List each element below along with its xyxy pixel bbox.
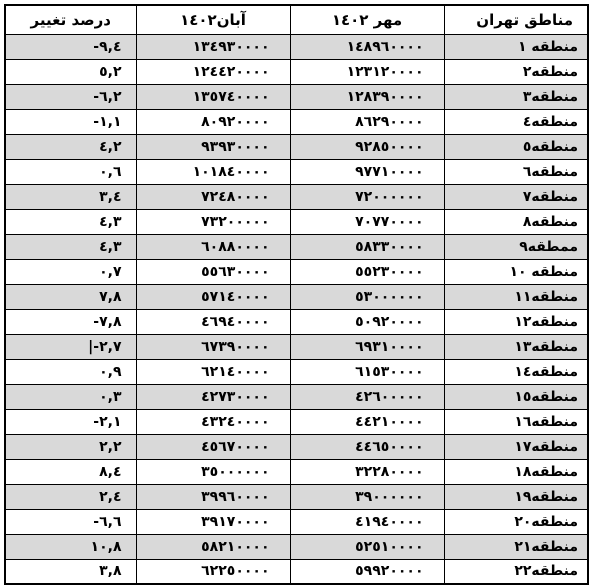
region-cell: منطقه٤ — [444, 109, 588, 134]
region-cell: منطقه ١٠ — [444, 259, 588, 284]
table-row: منطقه٢٠ ٤١٩٤٠٠٠٠ ٣٩١٧٠٠٠٠ -٦,٦ — [5, 509, 588, 534]
aban-price-cell: ٥٥٦٣٠٠٠٠ — [136, 259, 290, 284]
aban-price-cell: ٧٣٢٠٠٠٠٠ — [136, 209, 290, 234]
mehr-price-cell: ٣٢٢٨٠٠٠٠ — [290, 459, 444, 484]
percent-change-cell: -٩,٤ — [5, 34, 136, 59]
aban-price-cell: ٦٢١٤٠٠٠٠ — [136, 359, 290, 384]
region-cell: منطقه٦ — [444, 159, 588, 184]
aban-price-cell: ٣٥٠٠٠٠٠٠ — [136, 459, 290, 484]
percent-change-cell: -٦,٦ — [5, 509, 136, 534]
region-cell: منطقه١٦ — [444, 409, 588, 434]
column-header-aban-1402: آبان١٤٠٢ — [136, 5, 290, 34]
aban-price-cell: ٤٣٢٤٠٠٠٠ — [136, 409, 290, 434]
table-row: منطقه١٩ ٣٩٠٠٠٠٠٠ ٣٩٩٦٠٠٠٠ ٢,٤ — [5, 484, 588, 509]
region-cell: منطقه ١ — [444, 34, 588, 59]
mehr-price-cell: ٥٥٢٣٠٠٠٠ — [290, 259, 444, 284]
mehr-price-cell: ٤١٩٤٠٠٠٠ — [290, 509, 444, 534]
mehr-price-cell: ٩٢٨٥٠٠٠٠ — [290, 134, 444, 159]
mehr-price-cell: ١٢٨٣٩٠٠٠٠ — [290, 84, 444, 109]
table-row: منطقه١٦ ٤٤٢١٠٠٠٠ ٤٣٢٤٠٠٠٠ -٢,١ — [5, 409, 588, 434]
table-row: منطقه ١٠ ٥٥٢٣٠٠٠٠ ٥٥٦٣٠٠٠٠ ٠,٧ — [5, 259, 588, 284]
table-row: منطقه١٢ ٥٠٩٢٠٠٠٠ ٤٦٩٤٠٠٠٠ -٧,٨ — [5, 309, 588, 334]
aban-price-cell: ٨٠٩٢٠٠٠٠ — [136, 109, 290, 134]
column-header-regions: مناطق تهران — [444, 5, 588, 34]
aban-price-cell: ١٠١٨٤٠٠٠٠ — [136, 159, 290, 184]
table-row: منطقه٦ ٩٧٧١٠٠٠٠ ١٠١٨٤٠٠٠٠ ٠,٦ — [5, 159, 588, 184]
column-header-mehr-1402: مهر ١٤٠٢ — [290, 5, 444, 34]
mehr-price-cell: ٧٠٧٧٠٠٠٠ — [290, 209, 444, 234]
region-cell: منطقه١٣ — [444, 334, 588, 359]
percent-change-cell: ٠,٦ — [5, 159, 136, 184]
table-row: ممطقه٩ ٥٨٣٣٠٠٠٠ ٦٠٨٨٠٠٠٠ ٤,٣ — [5, 234, 588, 259]
region-cell: منطقه٧ — [444, 184, 588, 209]
mehr-price-cell: ٥٩٩٢٠٠٠٠ — [290, 559, 444, 584]
percent-change-cell: ٠,٧ — [5, 259, 136, 284]
percent-change-cell: ٨,٤ — [5, 459, 136, 484]
mehr-price-cell: ٤٤٢١٠٠٠٠ — [290, 409, 444, 434]
aban-price-cell: ٤٦٩٤٠٠٠٠ — [136, 309, 290, 334]
mehr-price-cell: ٥٨٣٣٠٠٠٠ — [290, 234, 444, 259]
aban-price-cell: ١٣٤٩٣٠٠٠٠ — [136, 34, 290, 59]
table-row: منطقه١١ ٥٣٠٠٠٠٠٠ ٥٧١٤٠٠٠٠ ٧,٨ — [5, 284, 588, 309]
percent-change-cell: ٤,٢ — [5, 134, 136, 159]
table-row: منطقه ١ ١٤٨٩٦٠٠٠٠ ١٣٤٩٣٠٠٠٠ -٩,٤ — [5, 34, 588, 59]
mehr-price-cell: ٦١٥٣٠٠٠٠ — [290, 359, 444, 384]
tehran-districts-price-table: مناطق تهران مهر ١٤٠٢ آبان١٤٠٢ درصد تغییر… — [4, 4, 589, 585]
percent-change-cell: ٤,٣ — [5, 209, 136, 234]
percent-change-cell: ٠,٩ — [5, 359, 136, 384]
aban-price-cell: ٩٣٩٣٠٠٠٠ — [136, 134, 290, 159]
aban-price-cell: ٤٥٦٧٠٠٠٠ — [136, 434, 290, 459]
mehr-price-cell: ٩٧٧١٠٠٠٠ — [290, 159, 444, 184]
header-row: مناطق تهران مهر ١٤٠٢ آبان١٤٠٢ درصد تغییر — [5, 5, 588, 34]
table-row: منطقه٢٢ ٥٩٩٢٠٠٠٠ ٦٢٢٥٠٠٠٠ ٣,٨ — [5, 559, 588, 584]
aban-price-cell: ٧٢٤٨٠٠٠٠ — [136, 184, 290, 209]
aban-price-cell: ١٢٤٤٢٠٠٠٠ — [136, 59, 290, 84]
mehr-price-cell: ٥٢٥١٠٠٠٠ — [290, 534, 444, 559]
percent-change-cell: ٧,٨ — [5, 284, 136, 309]
percent-change-cell: ٢,٤ — [5, 484, 136, 509]
percent-change-cell: ١٠,٨ — [5, 534, 136, 559]
region-cell: منطقه٣ — [444, 84, 588, 109]
mehr-price-cell: ٥٠٩٢٠٠٠٠ — [290, 309, 444, 334]
table-row: منطقه٥ ٩٢٨٥٠٠٠٠ ٩٣٩٣٠٠٠٠ ٤,٢ — [5, 134, 588, 159]
region-cell: منطقه٢ — [444, 59, 588, 84]
table-row: منطقه٢١ ٥٢٥١٠٠٠٠ ٥٨٢١٠٠٠٠ ١٠,٨ — [5, 534, 588, 559]
mehr-price-cell: ٦٩٣١٠٠٠٠ — [290, 334, 444, 359]
region-cell: منطقه١٨ — [444, 459, 588, 484]
column-header-percent-change: درصد تغییر — [5, 5, 136, 34]
region-cell: منطقه٢١ — [444, 534, 588, 559]
aban-price-cell: ٦٢٢٥٠٠٠٠ — [136, 559, 290, 584]
aban-price-cell: ٣٩٩٦٠٠٠٠ — [136, 484, 290, 509]
table-row: منطقه١٥ ٤٢٦٠٠٠٠٠ ٤٢٧٣٠٠٠٠ ٠,٣ — [5, 384, 588, 409]
table-row: منطقه٨ ٧٠٧٧٠٠٠٠ ٧٣٢٠٠٠٠٠ ٤,٣ — [5, 209, 588, 234]
percent-change-cell: |-٢,٧ — [5, 334, 136, 359]
aban-price-cell: ٦٠٨٨٠٠٠٠ — [136, 234, 290, 259]
percent-change-cell: -٧,٨ — [5, 309, 136, 334]
table-row: منطقه٣ ١٢٨٣٩٠٠٠٠ ١٣٥٧٤٠٠٠٠ -٦,٢ — [5, 84, 588, 109]
percent-change-cell: -٢,١ — [5, 409, 136, 434]
region-cell: منطقه١٧ — [444, 434, 588, 459]
table-row: منطقه١٧ ٤٤٦٥٠٠٠٠ ٤٥٦٧٠٠٠٠ ٢,٢ — [5, 434, 588, 459]
table-row: منطقه٧ ٧٢٠٠٠٠٠٠ ٧٢٤٨٠٠٠٠ ٣,٤ — [5, 184, 588, 209]
table-body: منطقه ١ ١٤٨٩٦٠٠٠٠ ١٣٤٩٣٠٠٠٠ -٩,٤ منطقه٢ … — [5, 34, 588, 584]
page-background: مناطق تهران مهر ١٤٠٢ آبان١٤٠٢ درصد تغییر… — [0, 0, 591, 587]
region-cell: منطقه١٩ — [444, 484, 588, 509]
mehr-price-cell: ٣٩٠٠٠٠٠٠ — [290, 484, 444, 509]
percent-change-cell: ٠,٣ — [5, 384, 136, 409]
mehr-price-cell: ١٢٣١٢٠٠٠٠ — [290, 59, 444, 84]
mehr-price-cell: ٤٢٦٠٠٠٠٠ — [290, 384, 444, 409]
mehr-price-cell: ٨٦٢٩٠٠٠٠ — [290, 109, 444, 134]
percent-change-cell: -٦,٢ — [5, 84, 136, 109]
mehr-price-cell: ١٤٨٩٦٠٠٠٠ — [290, 34, 444, 59]
percent-change-cell: ٤,٣ — [5, 234, 136, 259]
region-cell: منطقه١٢ — [444, 309, 588, 334]
table-row: منطقه٤ ٨٦٢٩٠٠٠٠ ٨٠٩٢٠٠٠٠ -١,١ — [5, 109, 588, 134]
region-cell: منطقه٨ — [444, 209, 588, 234]
region-cell: منطقه١٤ — [444, 359, 588, 384]
percent-change-cell: ٥,٢ — [5, 59, 136, 84]
aban-price-cell: ٥٧١٤٠٠٠٠ — [136, 284, 290, 309]
percent-change-cell: -١,١ — [5, 109, 136, 134]
region-cell: منطقه٢٢ — [444, 559, 588, 584]
mehr-price-cell: ٧٢٠٠٠٠٠٠ — [290, 184, 444, 209]
mehr-price-cell: ٤٤٦٥٠٠٠٠ — [290, 434, 444, 459]
aban-price-cell: ٦٧٣٩٠٠٠٠ — [136, 334, 290, 359]
percent-change-cell: ٣,٨ — [5, 559, 136, 584]
region-cell: منطقه٢٠ — [444, 509, 588, 534]
region-cell: منطقه١١ — [444, 284, 588, 309]
table-row: منطقه١٨ ٣٢٢٨٠٠٠٠ ٣٥٠٠٠٠٠٠ ٨,٤ — [5, 459, 588, 484]
region-cell: منطقه٥ — [444, 134, 588, 159]
region-cell: ممطقه٩ — [444, 234, 588, 259]
aban-price-cell: ١٣٥٧٤٠٠٠٠ — [136, 84, 290, 109]
aban-price-cell: ٣٩١٧٠٠٠٠ — [136, 509, 290, 534]
aban-price-cell: ٥٨٢١٠٠٠٠ — [136, 534, 290, 559]
region-cell: منطقه١٥ — [444, 384, 588, 409]
mehr-price-cell: ٥٣٠٠٠٠٠٠ — [290, 284, 444, 309]
table-row: منطقه١٣ ٦٩٣١٠٠٠٠ ٦٧٣٩٠٠٠٠ |-٢,٧ — [5, 334, 588, 359]
table-row: منطقه٢ ١٢٣١٢٠٠٠٠ ١٢٤٤٢٠٠٠٠ ٥,٢ — [5, 59, 588, 84]
table-row: منطقه١٤ ٦١٥٣٠٠٠٠ ٦٢١٤٠٠٠٠ ٠,٩ — [5, 359, 588, 384]
percent-change-cell: ٣,٤ — [5, 184, 136, 209]
percent-change-cell: ٢,٢ — [5, 434, 136, 459]
aban-price-cell: ٤٢٧٣٠٠٠٠ — [136, 384, 290, 409]
